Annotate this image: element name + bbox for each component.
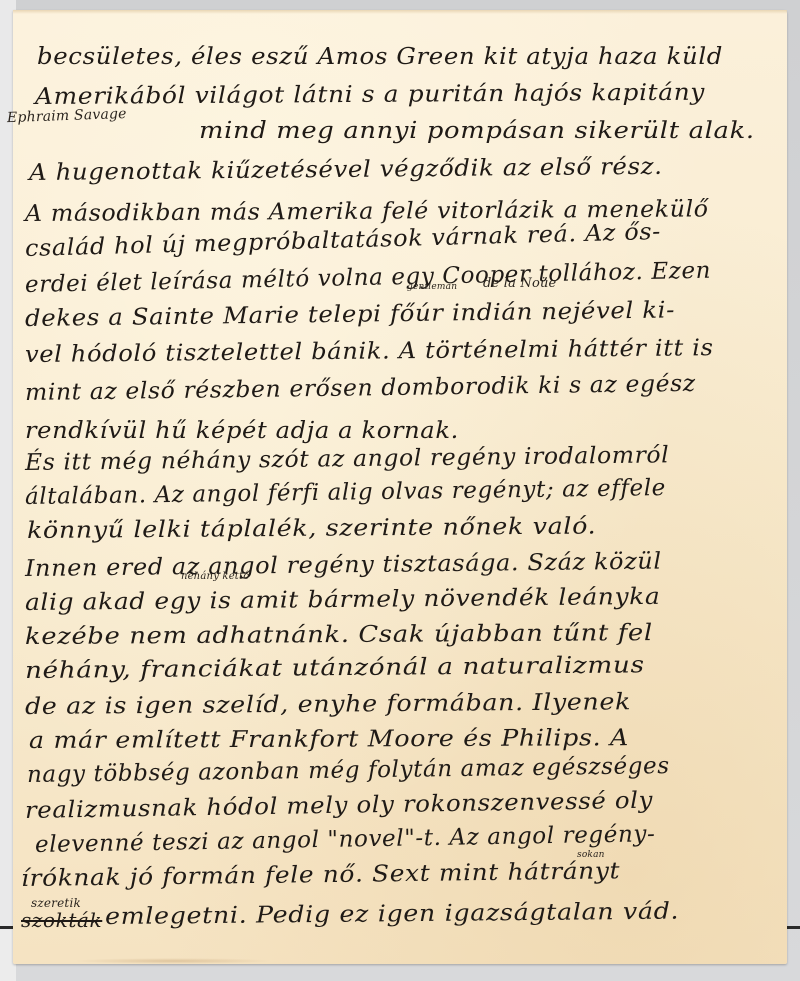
manuscript-text-block: becsületes, éles eszű Amos Green kit aty… [13,10,787,964]
manuscript-line-19: de az is igen szelíd, enyhe formában. Il… [25,689,631,720]
manuscript-line-16: alig akad egy is amit bármely növendék l… [25,584,661,616]
manuscript-line-23: elevenné teszi az angol "novel"-t. Az an… [35,821,656,858]
manuscript-line-25: emlegetni. Pedig ez igen igazságtalan vá… [105,899,679,930]
manuscript-line-17: kezébe nem adhatnánk. Csak újabban tűnt … [25,620,653,650]
manuscript-line-4: A hugenottak kiűzetésével végződik az el… [29,154,663,186]
manuscript-line-20: a már említett Frankfort Moore és Philip… [29,725,629,754]
insert-annotation-nehany-ketto: néhány kettő [181,571,249,582]
insert-annotation-gentleman: gentleman [407,282,457,292]
manuscript-line-11: rendkívül hű képét adja a kornak. [25,418,459,444]
manuscript-line-7: erdei élet leírása méltó volna egy Coope… [25,258,712,298]
manuscript-line-22: realizmusnak hódol mely oly rokonszenves… [25,788,654,824]
manuscript-line-14: könnyű lelki táplalék, szerinte nőnek va… [27,513,597,544]
manuscript-line-24: íróknak jó formán fele nő. Sext mint hát… [21,858,621,892]
manuscript-line-13: általában. Az angol férfi alig olvas reg… [25,475,666,510]
manuscript-line-12: És itt még néhány szót az angol regény i… [25,442,670,476]
struck-out-word: szokták [21,908,102,932]
manuscript-line-9: vel hódoló tisztelettel bánik. A történe… [25,335,714,368]
manuscript-line-21: nagy többség azonban még folytán amaz eg… [27,753,670,788]
manuscript-line-8: dekes a Sainte Marie telepi főúr indián … [25,297,675,332]
manuscript-line-1: becsületes, éles eszű Amos Green kit aty… [37,44,723,70]
manuscript-page: becsületes, éles eszű Amos Green kit aty… [13,10,787,964]
manuscript-line-3: mind meg annyi pompásan sikerült alak. [199,118,755,144]
insert-annotation-de-la-noue: de la Noüe [483,276,556,291]
manuscript-line-10: mint az első részben erősen domborodik k… [25,371,696,406]
manuscript-line-2: Amerikából világot látni s a puritán haj… [35,80,705,110]
margin-annotation-name: Ephraim Savage [7,106,127,126]
manuscript-line-15: Innen ered az angol regény tisztasága. S… [25,549,662,582]
manuscript-line-18: néhány, franciákat utánzónál a naturaliz… [25,652,645,684]
